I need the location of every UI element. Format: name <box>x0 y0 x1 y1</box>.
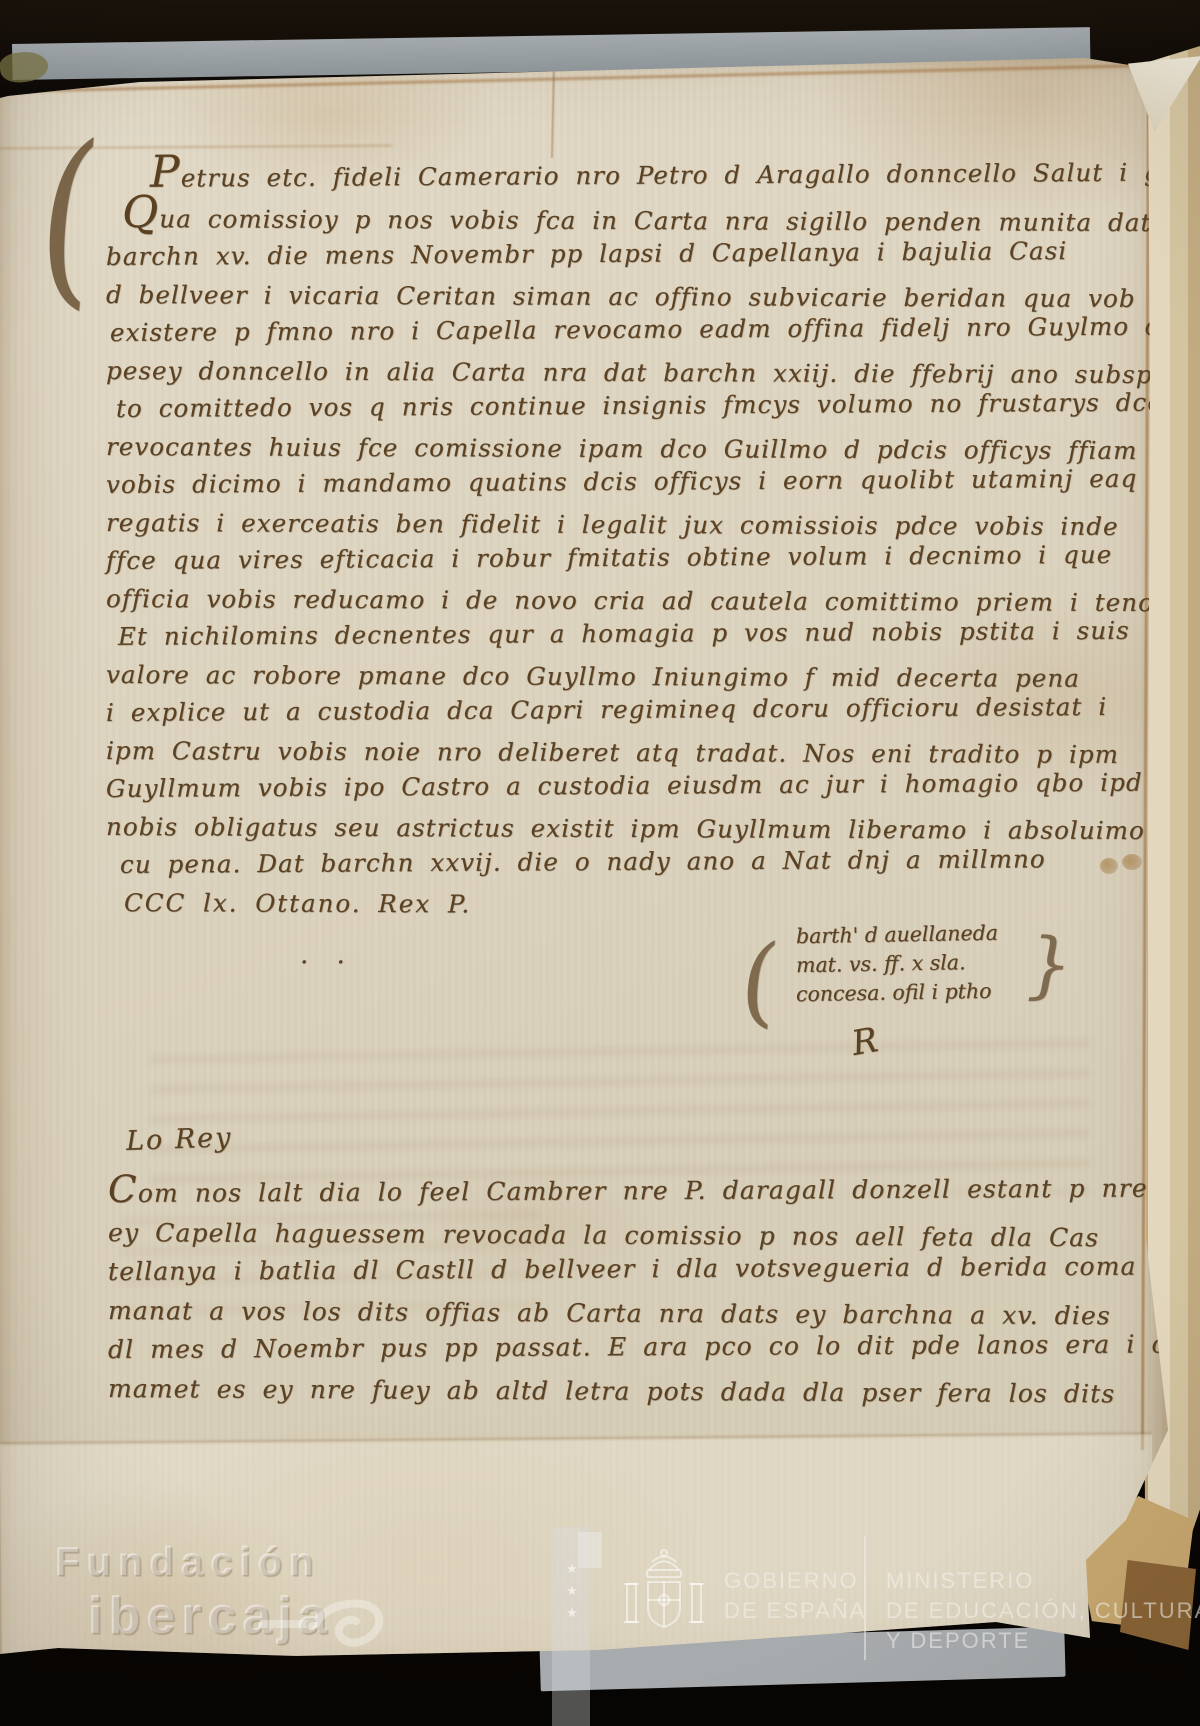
manuscript-line: ffce qua vires efticacia i robur fmitati… <box>106 536 1046 580</box>
manuscript-line: i explice ut a custodia dca Capri regimi… <box>106 688 1046 732</box>
manuscript-line: existere p fmno nro i Capella revocamo e… <box>106 308 1046 352</box>
margin-note-line: mat. vs. ff. x sla. <box>796 947 1046 980</box>
parchment-hole <box>1122 854 1142 870</box>
catalan-text-block: Com nos lalt dia lo feel Cambrer nre P. … <box>108 1174 1038 1408</box>
manuscript-line: Com nos lalt dia lo feel Cambrer nre P. … <box>108 1169 1038 1213</box>
margin-brace-left: ( <box>734 924 783 1039</box>
manuscript-line: Guyllmum vobis ipo Castro a custodia eiu… <box>106 764 1046 808</box>
manuscript-line: vobis dicimo i mandamo quatins dcis offi… <box>106 460 1046 504</box>
notarial-paraph: R <box>849 1020 881 1064</box>
manuscript-line: Et nichilomins decnentes qur a homagia p… <box>106 612 1046 656</box>
royal-heading: Lo Rey <box>125 1122 232 1157</box>
margin-flourish: ( <box>31 107 104 330</box>
parchment-hole <box>1100 858 1118 874</box>
margin-brace-right: } <box>1026 922 1072 1006</box>
lower-fold-area <box>0 1434 1154 1658</box>
crease-line <box>551 60 555 158</box>
margin-note-line: barth' d auellaneda <box>796 918 1046 951</box>
manuscript-line: dl mes d Noembr pus pp passat. E ara pco… <box>108 1325 1038 1369</box>
manuscript-line: mamet es ey nre fuey ab altd letra pots … <box>108 1369 1038 1413</box>
manuscript-line: cu pena. Dat barchn xxvij. die o nady an… <box>106 840 1046 884</box>
manuscript-line: to comittedo vos q nris continue insigni… <box>106 384 1046 428</box>
scribal-dots: · · <box>300 948 355 978</box>
manuscript-line: barchn xv. die mens Novembr pp lapsi d C… <box>106 232 1046 276</box>
manuscript-page: ( Petrus etc. fideli Camerario nro Petro… <box>0 46 1172 1672</box>
chancery-margin-note: barth' d auellaneda mat. vs. ff. x sla. … <box>796 920 1046 1007</box>
margin-note-line: concesa. ofil i ptho <box>796 976 1046 1009</box>
manuscript-line: tellanya i batlia dl Castll d bellveer i… <box>108 1247 1038 1291</box>
latin-text-block: Petrus etc. fideli Camerario nro Petro d… <box>106 158 1046 922</box>
torn-corner-shadow <box>1120 1560 1196 1650</box>
manuscript-line: Petrus etc. fideli Camerario nro Petro d… <box>106 152 1046 198</box>
manuscript-photo: { "manuscript": { "ink_color": "#5a4122"… <box>0 0 1200 1726</box>
